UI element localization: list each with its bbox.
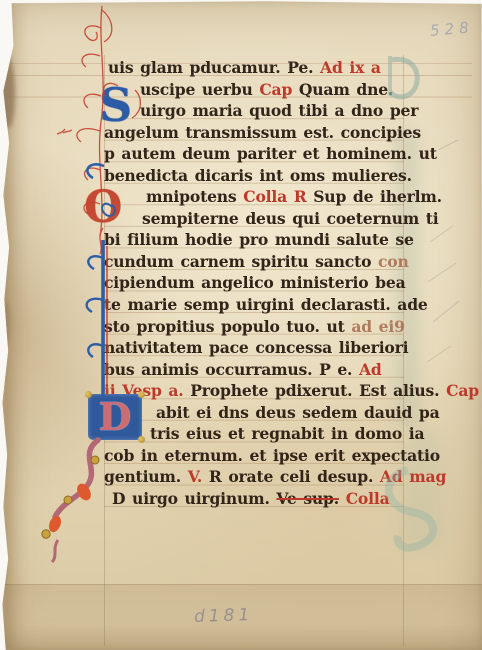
parchment-leaf: uis glam pducamur. Pe. Ad ix auscipe uer… (0, 0, 482, 650)
teal-offset-letter-s (389, 470, 434, 548)
pencil-number-top-right: 528 (429, 18, 474, 40)
pencil-scribbles (427, 140, 459, 362)
bleed-through-marks (0, 0, 482, 650)
teal-offset-letter-d (390, 56, 417, 97)
manuscript-scan: uis glam pducamur. Pe. Ad ix auscipe uer… (0, 0, 482, 650)
pencil-number-bottom: d181 (194, 605, 254, 627)
